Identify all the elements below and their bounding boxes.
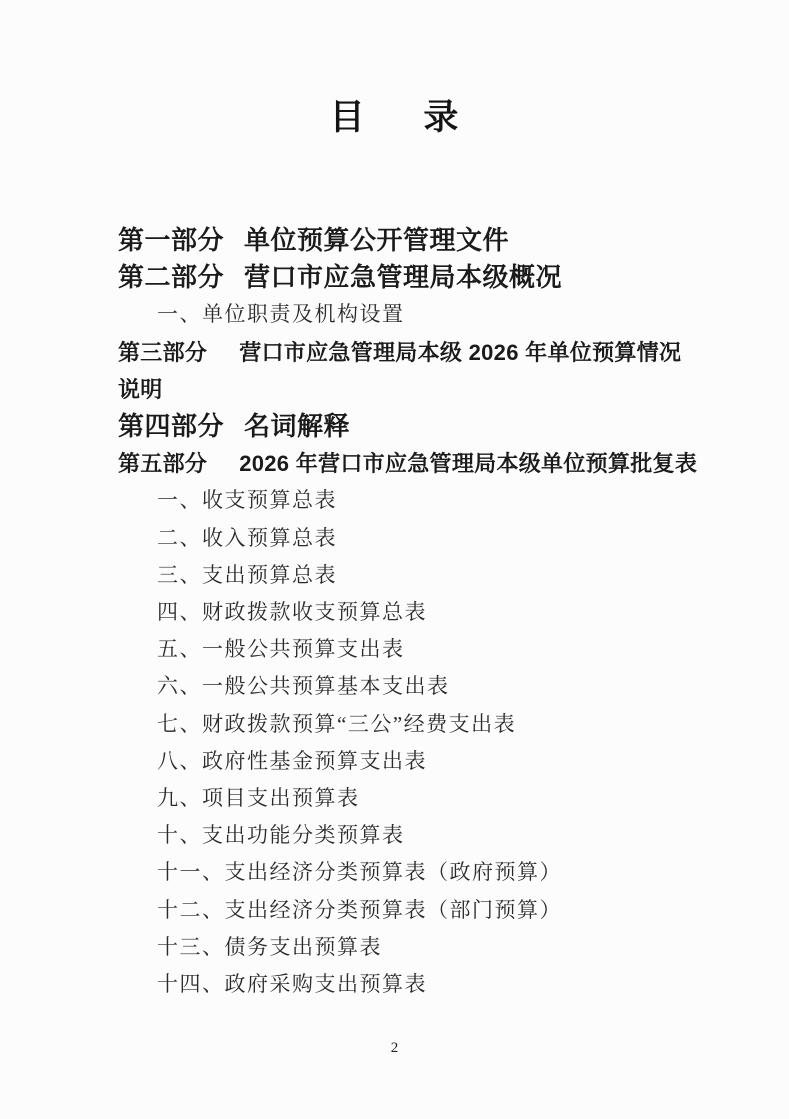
toc-entry-text: 五、一般公共预算支出表 xyxy=(157,637,405,661)
toc-item-entry: 三、支出预算总表 xyxy=(118,557,712,594)
toc-entry-text: 十三、债务支出预算表 xyxy=(157,935,382,959)
toc-part-entry: 第二部分营口市应急管理局本级概况 xyxy=(118,259,712,296)
toc-item-entry: 十四、政府采购支出预算表 xyxy=(118,966,712,1003)
toc-entry-text: 三、支出预算总表 xyxy=(157,563,337,587)
toc-entry-text: 七、财政拨款预算“三公”经费支出表 xyxy=(157,712,516,736)
toc-list: 第一部分单位预算公开管理文件第二部分营口市应急管理局本级概况一、单位职责及机构设… xyxy=(118,222,712,1003)
toc-item-entry: 四、财政拨款收支预算总表 xyxy=(118,594,712,631)
toc-entry-text: 十四、政府采购支出预算表 xyxy=(157,972,427,996)
toc-part-entry: 第四部分名词解释 xyxy=(118,408,712,445)
toc-entry-text: 十、支出功能分类预算表 xyxy=(157,823,405,847)
toc-item-entry: 十一、支出经济分类预算表（政府预算） xyxy=(118,854,712,891)
toc-item-entry: 十、支出功能分类预算表 xyxy=(118,817,712,854)
toc-item-entry: 五、一般公共预算支出表 xyxy=(118,631,712,668)
toc-item-entry: 十三、债务支出预算表 xyxy=(118,929,712,966)
toc-entry-text: 单位预算公开管理文件 xyxy=(244,225,509,255)
toc-item-entry: 九、项目支出预算表 xyxy=(118,780,712,817)
toc-entry-text: 十一、支出经济分类预算表（政府预算） xyxy=(157,860,562,884)
document-page: 目 录 第一部分单位预算公开管理文件第二部分营口市应急管理局本级概况一、单位职责… xyxy=(0,0,789,1119)
toc-part-label: 第一部分 xyxy=(118,225,224,255)
toc-entry-text: 四、财政拨款收支预算总表 xyxy=(157,600,427,624)
toc-entry-text: 十二、支出经济分类预算表（部门预算） xyxy=(157,898,562,922)
toc-item-entry: 一、单位职责及机构设置 xyxy=(118,296,712,333)
toc-entry-text: 八、政府性基金预算支出表 xyxy=(157,749,427,773)
toc-entry-text: 一、单位职责及机构设置 xyxy=(157,302,405,326)
toc-entry-text: 一、收支预算总表 xyxy=(157,488,337,512)
toc-item-entry: 二、收入预算总表 xyxy=(118,520,712,557)
toc-part-label: 第三部分 xyxy=(118,340,207,365)
toc-item-entry: 六、一般公共预算基本支出表 xyxy=(118,668,712,705)
toc-entry-text: 九、项目支出预算表 xyxy=(157,786,360,810)
toc-item-entry: 十二、支出经济分类预算表（部门预算） xyxy=(118,892,712,929)
toc-item-entry: 八、政府性基金预算支出表 xyxy=(118,743,712,780)
toc-entry-text: 二、收入预算总表 xyxy=(157,526,337,550)
toc-entry-text: 六、一般公共预算基本支出表 xyxy=(157,674,450,698)
page-title: 目 录 xyxy=(0,98,789,138)
toc-entry-text: 营口市应急管理局本级概况 xyxy=(244,262,562,292)
toc-part-entry: 第一部分单位预算公开管理文件 xyxy=(118,222,712,259)
toc-item-entry: 七、财政拨款预算“三公”经费支出表 xyxy=(118,706,712,743)
toc-part-label: 第二部分 xyxy=(118,262,224,292)
toc-item-entry: 一、收支预算总表 xyxy=(118,482,712,519)
toc-entry-text: 2026 年营口市应急管理局本级单位预算批复表 xyxy=(239,451,697,476)
toc-entry-text: 名词解释 xyxy=(244,411,350,441)
toc-part-label: 第四部分 xyxy=(118,411,224,441)
toc-part-entry: 第三部分营口市应急管理局本级 2026 年单位预算情况 说明 xyxy=(118,334,712,408)
page-number: 2 xyxy=(0,1038,789,1058)
toc-part-label: 第五部分 xyxy=(118,451,207,476)
toc-part-entry: 第五部分2026 年营口市应急管理局本级单位预算批复表 xyxy=(118,445,712,482)
